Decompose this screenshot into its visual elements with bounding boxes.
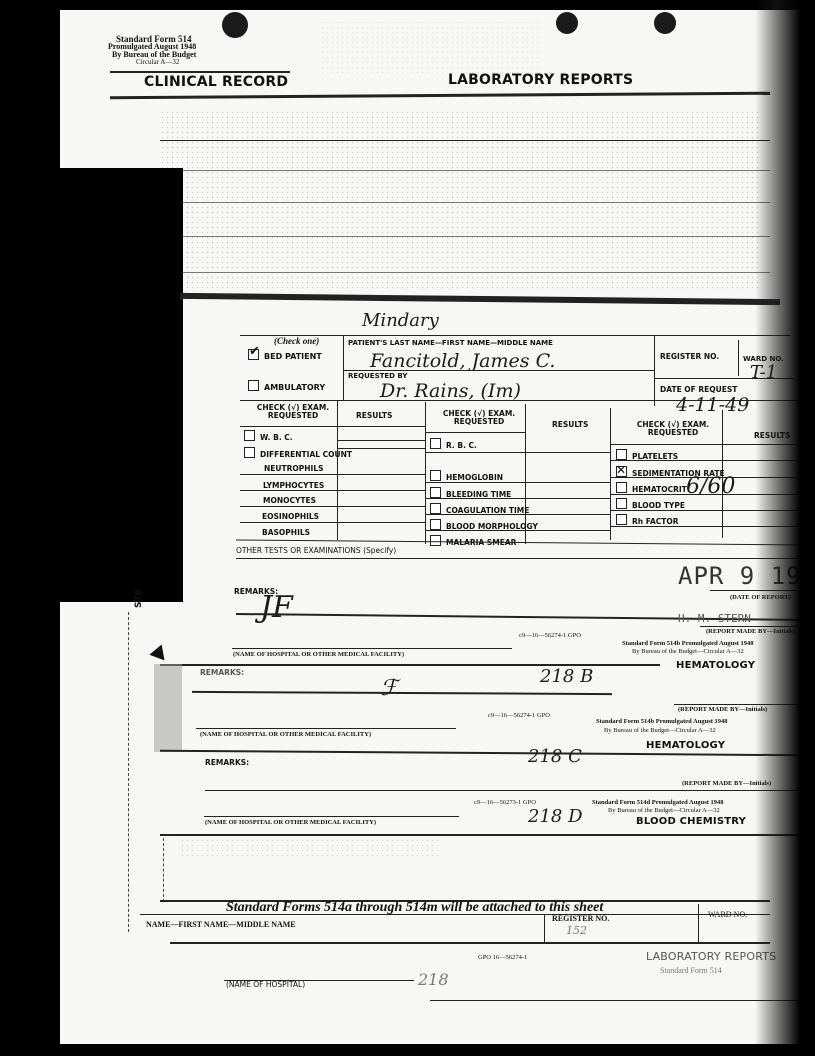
requested-by-label: REQUESTED BY [348, 372, 407, 380]
checkbox-icon [616, 514, 627, 525]
report-made-by-value: H. M. STERN [678, 612, 751, 625]
section-title: HEMATOLOGY [676, 660, 755, 671]
checkbox-icon [244, 430, 255, 441]
laboratory-reports-title: LABORATORY REPORTS [448, 72, 633, 88]
gpo-code-2: c9—16—56274-1 GPO [488, 712, 550, 719]
checkbox-icon [244, 447, 255, 458]
patient-name-value[interactable]: Fancitold, James C. [370, 350, 555, 372]
footer-ward-no-label: WARD NO. [708, 910, 747, 919]
col1-header: CHECK (√) EXAM. REQUESTED [254, 404, 332, 420]
scan-edge-shadow [755, 0, 815, 1056]
date-of-request-label: DATE OF REQUEST [660, 385, 737, 394]
hospital-label-2: (NAME OF HOSPITAL OR OTHER MEDICAL FACIL… [200, 731, 371, 738]
footer-name-label: NAME—FIRST NAME—MIDDLE NAME [146, 920, 296, 929]
section-title-2: HEMATOLOGY [646, 740, 725, 751]
footer-register-no-label: REGISTER NO. [552, 914, 609, 923]
clinical-record-title: CLINICAL RECORD [144, 74, 288, 90]
form-circular: Circular A—32 [136, 58, 179, 66]
checkbox-icon [430, 438, 441, 449]
gpo-code-3: c9—16—56273-1 GPO [474, 799, 536, 806]
sheet-code-d: 218 D [528, 806, 583, 827]
tab-shading [154, 664, 182, 752]
other-tests-label: OTHER TESTS OR EXAMINATIONS (Specify) [236, 546, 396, 555]
sed-rate-result[interactable]: 6/60 [686, 474, 735, 499]
form-note-3: Standard Form 514b Promulgated August 19… [596, 718, 728, 725]
report-made-by-label-2: (REPORT MADE BY—Initials) [678, 706, 767, 713]
requested-by-value[interactable]: Dr. Rains, (Im) [380, 380, 521, 402]
punch-hole [222, 12, 248, 38]
footer-form-id: Standard Form 514 [660, 966, 722, 975]
exam-rh-factor[interactable]: Rh FACTOR [616, 514, 679, 526]
sheet-code-b: 218 B [540, 666, 593, 687]
bed-patient-checkbox[interactable]: BED PATIENT [248, 349, 322, 361]
redaction-block [0, 168, 183, 602]
checkbox-icon [616, 482, 627, 493]
checkbox-icon [248, 349, 259, 360]
punch-hole [654, 12, 676, 34]
hospital-label-3: (NAME OF HOSPITAL OR OTHER MEDICAL FACIL… [205, 819, 376, 826]
remarks-initials-2: ℱ [380, 676, 397, 701]
remarks-label-2: REMARKS: [200, 668, 244, 677]
hospital-label: (NAME OF HOSPITAL OR OTHER MEDICAL FACIL… [233, 651, 404, 658]
remarks-label-3: REMARKS: [205, 758, 249, 767]
exam-rbc[interactable]: R. B. C. [430, 438, 477, 450]
checkbox-icon [616, 498, 627, 509]
checkbox-icon [430, 470, 441, 481]
col1-results-header: RESULTS [356, 412, 392, 420]
footer-gpo-code: GPO 16—56274-1 [478, 954, 527, 961]
date-of-request-value[interactable]: 4-11-49 [676, 394, 749, 416]
col2-header: CHECK (√) EXAM. REQUESTED [436, 410, 522, 426]
handwritten-note: Mindary [362, 310, 439, 331]
section-title-3: BLOOD CHEMISTRY [636, 816, 746, 827]
gpo-code: c9—16—56274-1 GPO [519, 632, 581, 639]
form-note-2: By Bureau of the Budget—Circular A—32 [632, 648, 744, 655]
checkbox-icon [430, 503, 441, 514]
remarks-initials: JF [260, 590, 293, 625]
form-note-6: By Bureau of the Budget—Circular A—32 [608, 807, 720, 814]
exam-lymphocytes: LYMPHOCYTES [263, 481, 324, 490]
col2-results-header: RESULTS [552, 421, 588, 429]
exam-basophils: BASOPHILS [262, 528, 310, 537]
checkbox-icon [248, 380, 259, 391]
patient-type-prompt: (Check one) [274, 336, 319, 346]
register-no-label: REGISTER NO. [660, 352, 719, 361]
form-note-4: By Bureau of the Budget—Circular A—32 [604, 727, 716, 734]
exam-monocytes: MONOCYTES [263, 496, 316, 505]
footer-hospital-label: (NAME OF HOSPITAL) [226, 980, 305, 989]
sheet-code-c: 218 C [528, 746, 582, 767]
checkbox-checked-icon [616, 466, 627, 477]
checkbox-icon [616, 449, 627, 460]
checkbox-icon [430, 519, 441, 530]
exam-blood-type[interactable]: BLOOD TYPE [616, 498, 685, 510]
exam-eosinophils: EOSINOPHILS [262, 512, 319, 521]
exam-neutrophils: NEUTROPHILS [264, 464, 324, 473]
punch-hole [556, 12, 578, 34]
footer-register-no-value: 152 [566, 924, 587, 937]
side-label: STA [134, 589, 144, 609]
col3-header: CHECK (√) EXAM. REQUESTED [630, 421, 716, 437]
patient-name-label: PATIENT'S LAST NAME—FIRST NAME—MIDDLE NA… [348, 339, 553, 347]
form-note-5: Standard Form 514d Promulgated August 19… [592, 799, 724, 806]
exam-hematocrit[interactable]: HEMATOCRIT [616, 482, 687, 494]
exam-wbc[interactable]: W. B. C. [244, 430, 293, 442]
footer-sheet-code: 218 [418, 970, 449, 989]
exam-differential-count[interactable]: DIFFERENTIAL COUNT [244, 447, 352, 459]
checkbox-icon [430, 487, 441, 498]
ambulatory-checkbox[interactable]: AMBULATORY [248, 380, 325, 392]
form-note: Standard Form 514b Promulgated August 19… [622, 640, 754, 647]
exam-hemoglobin[interactable]: HEMOGLOBIN [430, 470, 503, 482]
scan-bottom-edge [0, 1044, 815, 1056]
